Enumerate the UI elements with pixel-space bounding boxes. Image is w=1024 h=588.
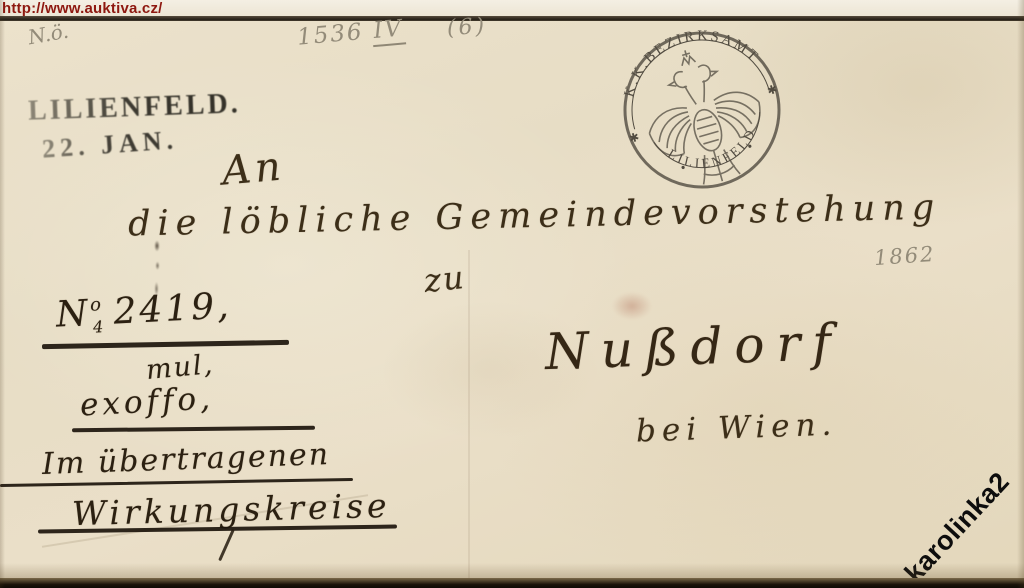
handwritten-near-line: bei Wien. (635, 406, 837, 449)
red-wax-smudge (612, 292, 652, 320)
pencil-region-note: N.ö. (26, 19, 70, 50)
hand-underline (72, 426, 315, 432)
seal-left-star-icon: ✱ (627, 130, 641, 146)
pen-flourish (218, 529, 234, 561)
paper-right-edge (1017, 0, 1024, 588)
handwritten-salutation: An (220, 143, 286, 194)
pencil-year-note: 1862 (873, 242, 936, 270)
seal-right-star-icon: ✱ (765, 82, 779, 98)
pencil-roman-numeral: IV (370, 15, 406, 47)
handwritten-preposition: zu (422, 258, 467, 300)
handwritten-note-3: Im übertragenen (41, 437, 330, 482)
paper-bottom-shadow (0, 563, 1024, 579)
handwritten-note-exoffo: exoffo, (79, 381, 215, 424)
paper-bottom-edge (0, 578, 1024, 588)
official-seal-stamp: K.K.BEZIRKSAMT LILIENFELD ✱ ✱ (598, 18, 808, 203)
scanned-postal-cover: http://www.auktiva.cz/ karolinka2 N.ö. 1… (0, 0, 1024, 588)
handwritten-file-number: No42419, (55, 285, 233, 338)
handwritten-recipient-line: die löbliche Gemeindevorstehung (128, 187, 942, 244)
hand-underline (42, 340, 289, 349)
postmark-town-line: LILIENFELD. (28, 88, 242, 127)
auction-site-url-watermark: http://www.auktiva.cz/ (2, 0, 163, 17)
pencil-count-note: (6) (446, 14, 487, 41)
paper-left-edge (0, 0, 5, 588)
postmark-date-line: 22. JAN. (41, 125, 179, 164)
handwritten-place-name: Nußdorf (544, 313, 844, 381)
